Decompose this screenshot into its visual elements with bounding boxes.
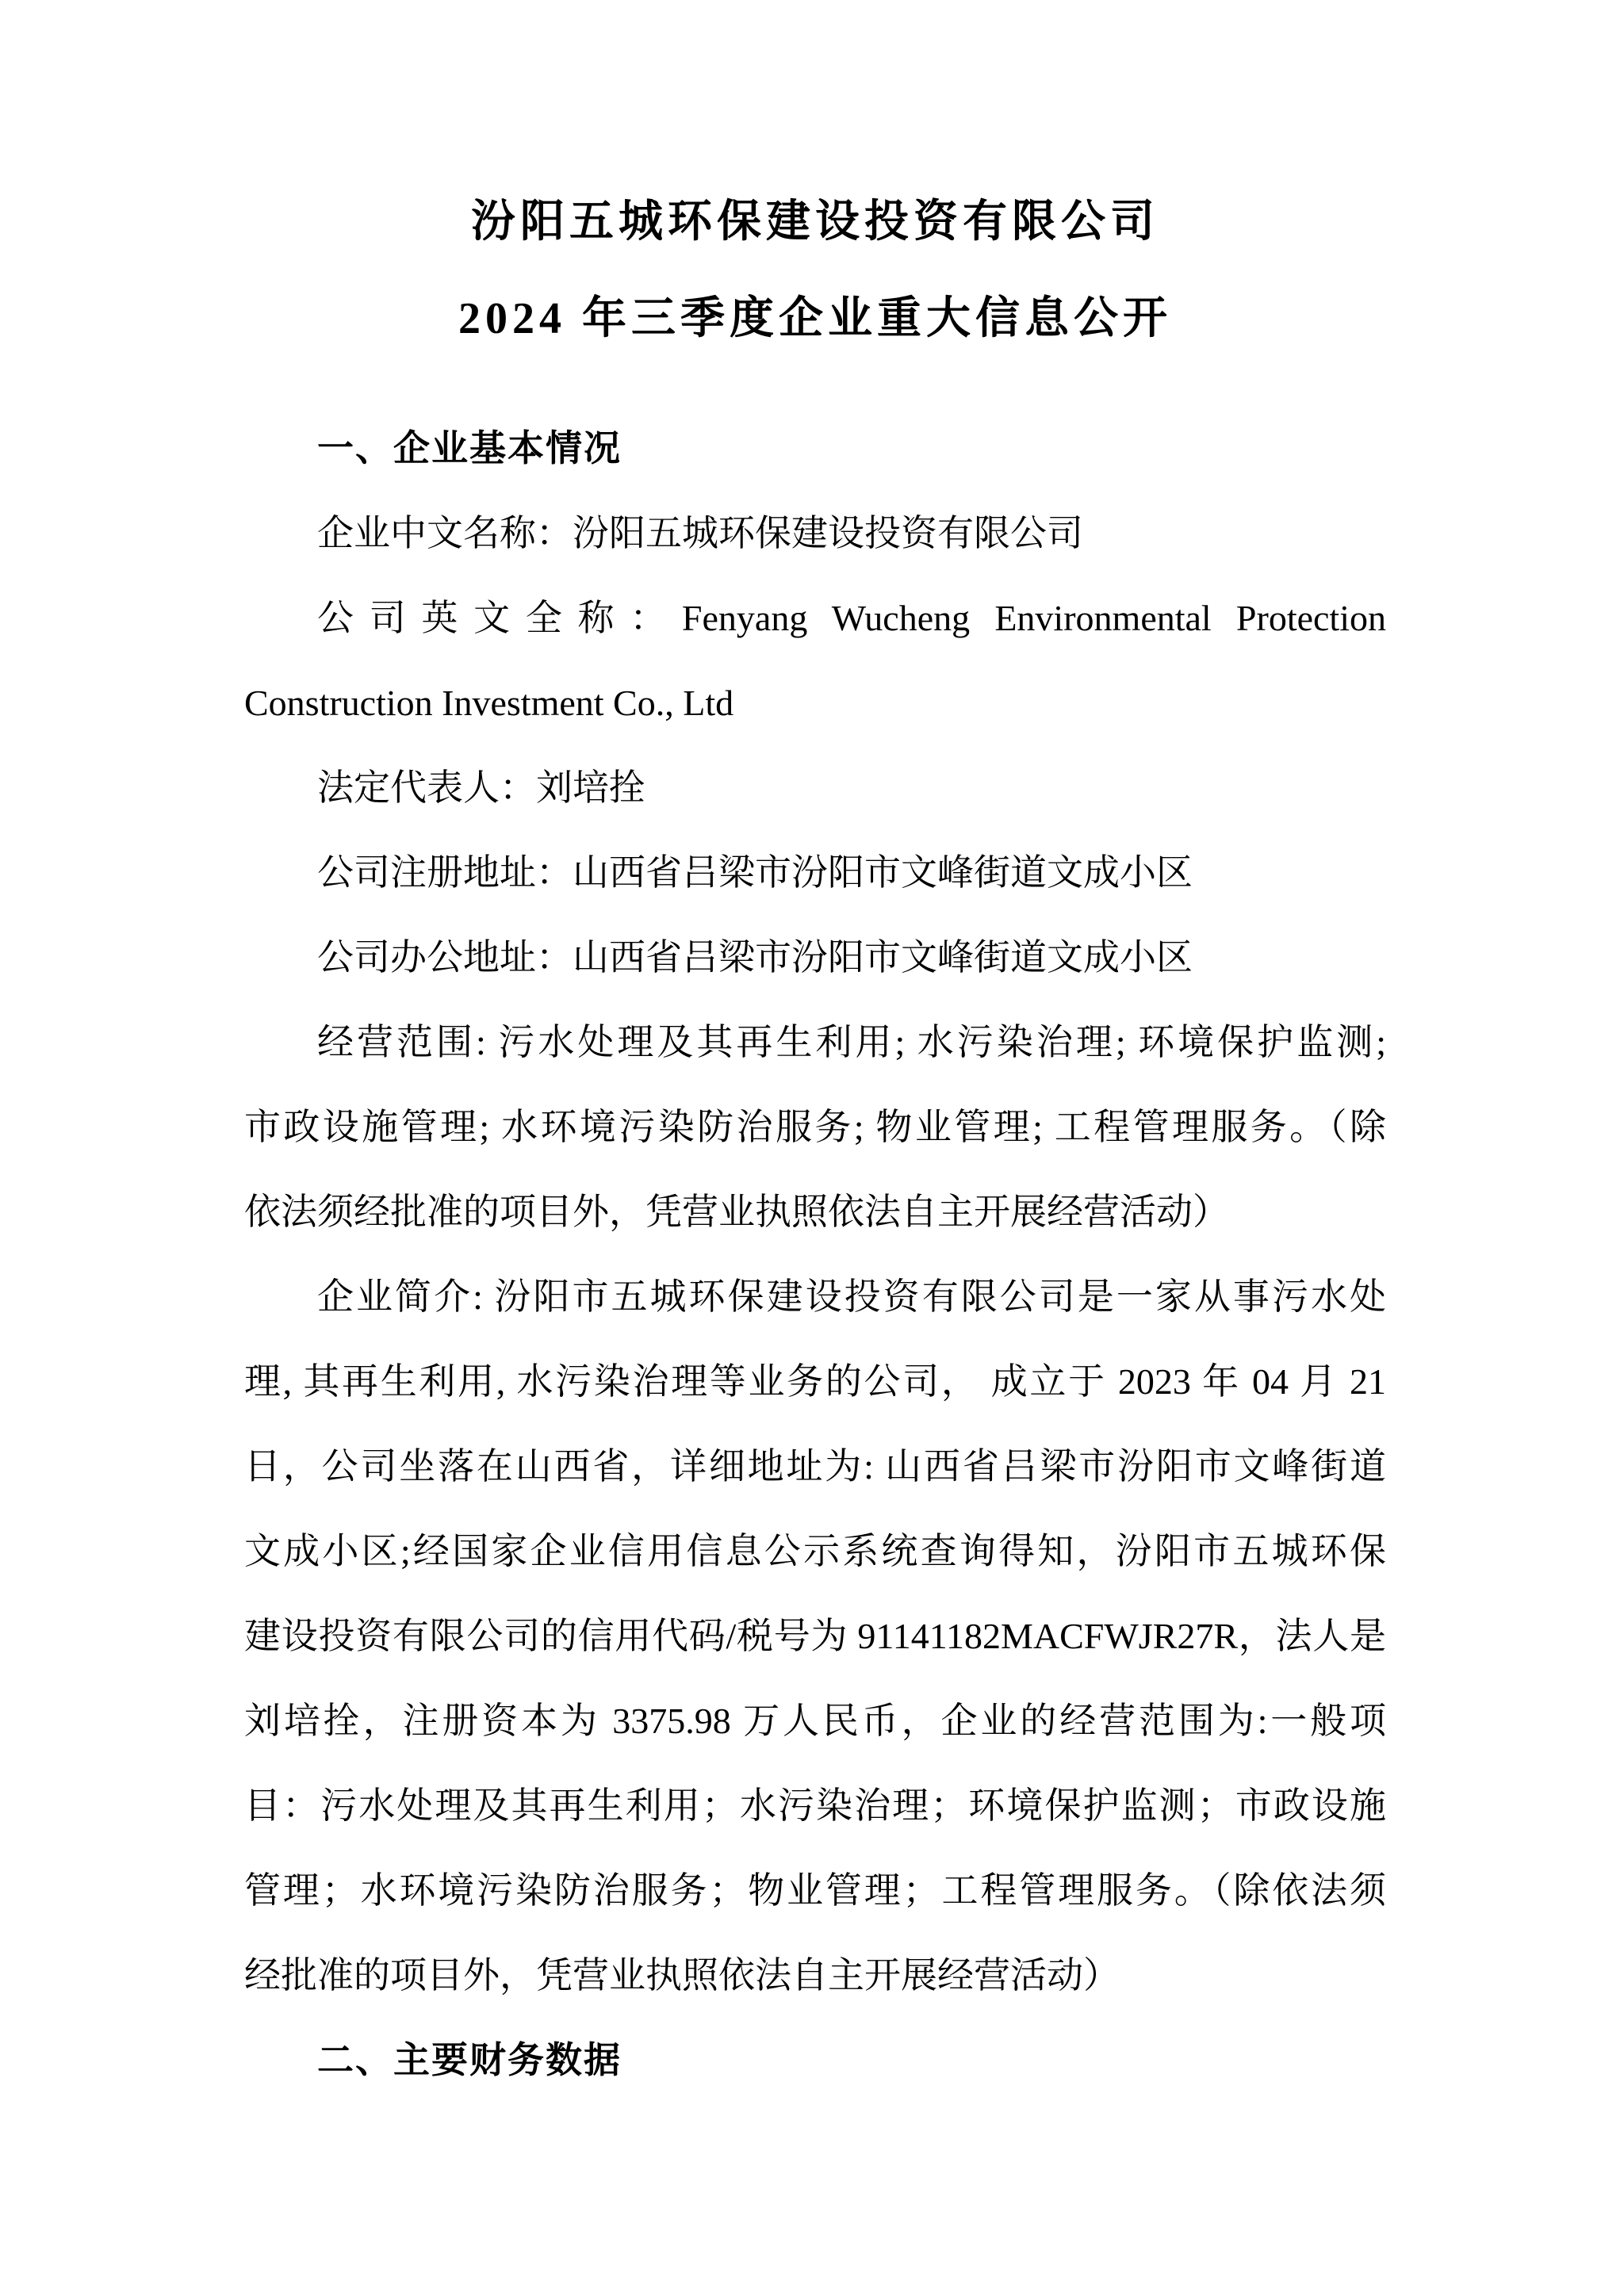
body-line-profile-2: 理, 其再生利用, 水污染治理等业务的公司， 成立于 2023 年 04 月 2… xyxy=(244,1339,1386,1424)
body-line-company-en-name-2: Construction Investment Co., Ltd xyxy=(244,660,1386,745)
body-line-company-en-name-1: 公司英文全称：Fenyang Wucheng Environmental Pro… xyxy=(244,576,1386,660)
doc-title-line-2: 2024 年三季度企业重大信息公开 xyxy=(244,293,1386,344)
body-line-profile-6: 刘培拴，注册资本为 3375.98 万人民币，企业的经营范围为:一般项 xyxy=(244,1678,1386,1763)
doc-title-line-1: 汾阳五城环保建设投资有限公司 xyxy=(244,197,1386,247)
document-page: 汾阳五城环保建设投资有限公司 2024 年三季度企业重大信息公开 一、企业基本情… xyxy=(0,0,1624,2296)
body-line-profile-4: 文成小区;经国家企业信用信息公示系统查询得知，汾阳市五城环保 xyxy=(244,1509,1386,1594)
body-line-business-scope-2: 市政设施管理; 水环境污染防治服务; 物业管理; 工程管理服务。（除 xyxy=(244,1085,1386,1169)
body-line-legal-rep: 法定代表人：刘培拴 xyxy=(244,745,1386,830)
section-heading-2: 二、主要财务数据 xyxy=(244,2018,1386,2103)
body-line-profile-7: 目：污水处理及其再生利用；水污染治理；环境保护监测；市政设施 xyxy=(244,1763,1386,1848)
section-heading-1: 一、企业基本情况 xyxy=(244,406,1386,491)
body-line-registered-addr: 公司注册地址：山西省吕梁市汾阳市文峰街道文成小区 xyxy=(244,830,1386,915)
body-line-business-scope-3: 依法须经批准的项目外，凭营业执照依法自主开展经营活动） xyxy=(244,1169,1386,1254)
body-line-office-addr: 公司办公地址：山西省吕梁市汾阳市文峰街道文成小区 xyxy=(244,915,1386,1000)
body-line-profile-3: 日，公司坐落在山西省，详细地址为: 山西省吕梁市汾阳市文峰街道 xyxy=(244,1424,1386,1509)
body-line-profile-1: 企业简介: 汾阳市五城环保建设投资有限公司是一家从事污水处 xyxy=(244,1254,1386,1339)
body-line-profile-9: 经批准的项目外，凭营业执照依法自主开展经营活动） xyxy=(244,1933,1386,2018)
body-line-profile-5: 建设投资有限公司的信用代码/税号为 91141182MACFWJR27R，法人是 xyxy=(244,1594,1386,1678)
body-line-company-cn-name: 企业中文名称：汾阳五城环保建设投资有限公司 xyxy=(244,491,1386,576)
body-line-business-scope-1: 经营范围: 污水处理及其再生利用; 水污染治理; 环境保护监测; xyxy=(244,1000,1386,1085)
body-line-profile-8: 管理；水环境污染防治服务；物业管理；工程管理服务。（除依法须 xyxy=(244,1848,1386,1933)
doc-body: 一、企业基本情况 企业中文名称：汾阳五城环保建设投资有限公司 公司英文全称：Fe… xyxy=(244,406,1386,2103)
